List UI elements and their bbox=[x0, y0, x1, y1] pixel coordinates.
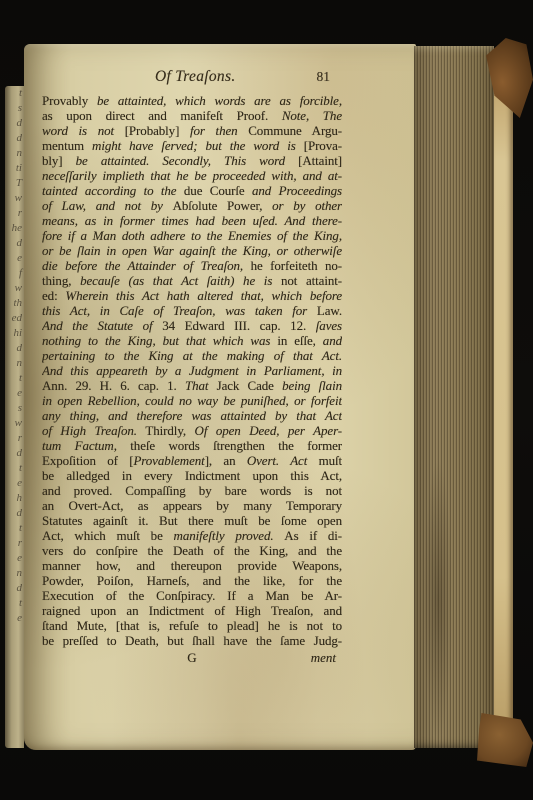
text-segment: in open Rebellion, could no way be puniſ… bbox=[42, 393, 342, 408]
text-segment: bly] bbox=[42, 153, 76, 168]
gutter-glyph: t bbox=[5, 86, 24, 101]
signature-mark: G bbox=[187, 650, 196, 665]
text-line: die before the Attainder of Treaſon, he … bbox=[42, 258, 342, 273]
text-segment: Law. bbox=[317, 303, 342, 318]
text-line: tum Factum, theſe words ſtrengthen the f… bbox=[42, 438, 342, 453]
text-line: and proved. Compaſſing by bare words is … bbox=[42, 483, 342, 498]
text-segment: raigned upon an Indictment of High Treaſ… bbox=[42, 603, 342, 618]
text-line: Provably be attainted, which words are a… bbox=[42, 93, 342, 108]
text-line: thing, becauſe (as that Act ſaith) he is… bbox=[42, 273, 342, 288]
gutter-glyph: T bbox=[5, 176, 24, 191]
gutter-glyph: e bbox=[5, 476, 24, 491]
text-segment: thing, bbox=[42, 273, 80, 288]
text-segment: in eſſe, bbox=[277, 333, 322, 348]
gutter-glyph: ti bbox=[5, 161, 24, 176]
text-segment: Execution of the Conſpiracy. If a Man be… bbox=[42, 588, 342, 603]
text-segment: Ann. 29. H. 6. cap. 1. bbox=[42, 378, 185, 393]
text-line: tainted according to the due Courſe and … bbox=[42, 183, 342, 198]
leather-corner-bottom-icon bbox=[477, 713, 533, 767]
text-line: ſtand Mute, [that is, refuſe to plead] h… bbox=[42, 618, 342, 633]
text-segment: neceſſarily implieth that he be proceede… bbox=[42, 168, 342, 183]
text-segment: be attainted, which words are as forcibl… bbox=[97, 93, 342, 108]
text-segment: be preſſed to Death, but ſhall have the … bbox=[42, 633, 342, 648]
photo-background: tsddntiTwrhedefwthedhidnteswrdtehdtrendt… bbox=[0, 0, 533, 800]
text-line: or be ſlain in open War againſt the King… bbox=[42, 243, 342, 258]
opposite-page-sliver: tsddntiTwrhedefwthedhidnteswrdtehdtrendt… bbox=[5, 86, 24, 748]
text-segment: nothing to the King, but that which was bbox=[42, 333, 277, 348]
gutter-glyph: n bbox=[5, 356, 24, 371]
catchword: ment bbox=[311, 650, 336, 665]
text-segment: fore if a Man doth adhere to the Enemies… bbox=[42, 228, 342, 243]
gutter-glyph: w bbox=[5, 281, 24, 296]
text-line: And this appeareth by a Judgment in Parl… bbox=[42, 363, 342, 378]
text-line: vers do conſpire the Death of the King, … bbox=[42, 543, 342, 558]
text-line: neceſſarily implieth that he be proceede… bbox=[42, 168, 342, 183]
text-segment: an Overt-Act, as appears by many Tempora… bbox=[42, 498, 342, 513]
text-segment: and Proceedings bbox=[252, 183, 342, 198]
text-segment: might have ſerved; but the word is bbox=[92, 138, 304, 153]
gutter-glyph: ed bbox=[5, 311, 24, 326]
text-line: Statutes againſt it. But there muſt be ſ… bbox=[42, 513, 342, 528]
text-segment: becauſe (as that Act ſaith) he is bbox=[80, 273, 281, 288]
gutter-glyph: n bbox=[5, 566, 24, 581]
text-line: of Law, and not by Abſolute Power, or by… bbox=[42, 198, 342, 213]
gutter-glyph: e bbox=[5, 386, 24, 401]
text-segment: And the Statute of bbox=[42, 318, 162, 333]
text-segment: That bbox=[185, 378, 217, 393]
text-segment: mentum bbox=[42, 138, 92, 153]
gutter-glyph: t bbox=[5, 461, 24, 476]
gutter-glyph: e bbox=[5, 251, 24, 266]
text-segment: due Courſe bbox=[184, 183, 252, 198]
gutter-glyph: r bbox=[5, 206, 24, 221]
gutter-glyph: d bbox=[5, 581, 24, 596]
text-line: this Act, in Caſe of Treaſon, was taken … bbox=[42, 303, 342, 318]
text-line: And the Statute of 34 Edward III. cap. 1… bbox=[42, 318, 342, 333]
gutter-glyph: th bbox=[5, 296, 24, 311]
text-segment: And this appeareth by a Judgment in Parl… bbox=[42, 363, 342, 378]
text-line: nothing to the King, but that which was … bbox=[42, 333, 342, 348]
text-line: means, as in former times had been uſed.… bbox=[42, 213, 342, 228]
text-segment: Wherein this Act hath altered that, whic… bbox=[65, 288, 342, 303]
text-line: an Overt-Act, as appears by many Tempora… bbox=[42, 498, 342, 513]
text-segment: manner how, and thereupon provide Weapon… bbox=[42, 558, 342, 573]
text-segment: Powder, Poiſon, Harneſs, and the like, f… bbox=[42, 573, 342, 588]
text-segment: 34 Edward III. cap. 12. bbox=[162, 318, 316, 333]
gutter-glyph: n bbox=[5, 146, 24, 161]
text-line: fore if a Man doth adhere to the Enemies… bbox=[42, 228, 342, 243]
text-segment: or by other bbox=[272, 198, 342, 213]
gutter-glyph: t bbox=[5, 521, 24, 536]
text-line: ed: Wherein this Act hath altered that, … bbox=[42, 288, 342, 303]
gutter-glyph: r bbox=[5, 536, 24, 551]
text-line: be preſſed to Death, but ſhall have the … bbox=[42, 633, 342, 648]
text-line: be alledged in every Indictment upon thi… bbox=[42, 468, 342, 483]
gutter-glyph: e bbox=[5, 611, 24, 626]
text-segment: Commune Argu- bbox=[248, 123, 342, 138]
text-segment: as upon direct and manifeſt Proof. bbox=[42, 108, 282, 123]
text-segment: theſe words ſtrengthen the former bbox=[130, 438, 342, 453]
text-segment: vers do conſpire the Death of the King, … bbox=[42, 543, 342, 558]
text-segment: [Attaint] bbox=[298, 153, 342, 168]
text-segment: Act, which muſt be bbox=[42, 528, 174, 543]
text-line: Ann. 29. H. 6. cap. 1. That Jack Cade be… bbox=[42, 378, 342, 393]
text-segment: ], an bbox=[205, 453, 247, 468]
text-segment: and proved. Compaſſing by bare words is … bbox=[42, 483, 342, 498]
text-line: in open Rebellion, could no way be puniſ… bbox=[42, 393, 342, 408]
text-segment: [Prova- bbox=[304, 138, 342, 153]
text-segment: ſaves bbox=[316, 318, 342, 333]
text-segment: not attaint- bbox=[281, 273, 342, 288]
text-line: pertaining to the King at the making of … bbox=[42, 348, 342, 363]
page-number: 81 bbox=[317, 69, 331, 85]
text-segment: or be ſlain in open War againſt the King… bbox=[42, 243, 342, 258]
text-segment: Overt. Act bbox=[247, 453, 319, 468]
text-segment: Provably bbox=[42, 93, 97, 108]
text-line: as upon direct and manifeſt Proof. Note,… bbox=[42, 108, 342, 123]
text-line: mentum might have ſerved; but the word i… bbox=[42, 138, 342, 153]
text-segment: As if di- bbox=[284, 528, 342, 543]
book-page: Of Treaſons. 81 Provably be attainted, w… bbox=[24, 44, 416, 750]
text-segment: ſtand Mute, [that is, refuſe to plead] h… bbox=[42, 618, 342, 633]
text-segment: tainted according to the bbox=[42, 183, 184, 198]
text-line: bly] be attainted. Secondly, This word [… bbox=[42, 153, 342, 168]
text-segment: Provablement bbox=[133, 453, 204, 468]
text-segment: of Law, and not by bbox=[42, 198, 173, 213]
text-segment: and bbox=[323, 333, 342, 348]
gutter-glyph: t bbox=[5, 596, 24, 611]
text-segment: die before the Attainder of Treaſon, bbox=[42, 258, 251, 273]
text-segment: be alledged in every Indictment upon thi… bbox=[42, 468, 342, 483]
gutter-glyph: f bbox=[5, 266, 24, 281]
text-line: manner how, and thereupon provide Weapon… bbox=[42, 558, 342, 573]
text-segment: Of open Deed, per Aper- bbox=[195, 423, 342, 438]
text-segment: Statutes againſt it. But there muſt be ſ… bbox=[42, 513, 342, 528]
text-segment: word is not bbox=[42, 123, 125, 138]
text-segment: means, as in former times had been uſed.… bbox=[42, 213, 342, 228]
gutter-glyph: d bbox=[5, 131, 24, 146]
text-segment: tum Factum, bbox=[42, 438, 130, 453]
fore-edge-pages bbox=[414, 46, 494, 748]
text-line: raigned upon an Indictment of High Treaſ… bbox=[42, 603, 342, 618]
gutter-glyph: w bbox=[5, 191, 24, 206]
text-segment: muſt bbox=[319, 453, 342, 468]
text-segment: pertaining to the King at the making of … bbox=[42, 348, 342, 363]
text-segment: he forfeiteth no- bbox=[251, 258, 342, 273]
gutter-glyph: r bbox=[5, 431, 24, 446]
text-line: Execution of the Conſpiracy. If a Man be… bbox=[42, 588, 342, 603]
gutter-glyph: d bbox=[5, 506, 24, 521]
gutter-glyph: s bbox=[5, 401, 24, 416]
text-segment: Jack Cade bbox=[217, 378, 282, 393]
text-line: any thing, and therefore was attainted b… bbox=[42, 408, 342, 423]
gutter-glyph: t bbox=[5, 371, 24, 386]
text-segment: being ſlain bbox=[282, 378, 342, 393]
signature-line: G ment bbox=[42, 650, 342, 665]
text-segment: manifeſtly proved. bbox=[174, 528, 285, 543]
cover-board-edge bbox=[494, 58, 513, 750]
gutter-glyph: d bbox=[5, 236, 24, 251]
text-line: Powder, Poiſon, Harneſs, and the like, f… bbox=[42, 573, 342, 588]
text-segment: Thirdly, bbox=[145, 423, 194, 438]
text-segment: Abſolute Power, bbox=[173, 198, 273, 213]
body-text: Provably be attainted, which words are a… bbox=[42, 93, 342, 648]
text-segment: any thing, and therefore was attainted b… bbox=[42, 408, 342, 423]
text-line: Expoſition of [Provablement], an Overt. … bbox=[42, 453, 342, 468]
running-title: Of Treaſons. bbox=[155, 68, 236, 86]
gutter-glyph: h bbox=[5, 491, 24, 506]
text-segment: of High Treaſon. bbox=[42, 423, 145, 438]
gutter-glyph: e bbox=[5, 551, 24, 566]
text-line: word is not [Probably] for then Commune … bbox=[42, 123, 342, 138]
text-segment: Note, The bbox=[282, 108, 342, 123]
text-segment: be attainted. Secondly, This word bbox=[76, 153, 298, 168]
text-line: of High Treaſon. Thirdly, Of open Deed, … bbox=[42, 423, 342, 438]
gutter-glyph: he bbox=[5, 221, 24, 236]
gutter-glyph: d bbox=[5, 341, 24, 356]
text-line: Act, which muſt be manifeſtly proved. As… bbox=[42, 528, 342, 543]
gutter-glyph: s bbox=[5, 101, 24, 116]
gutter-glyph: hi bbox=[5, 326, 24, 341]
gutter-glyph: d bbox=[5, 446, 24, 461]
text-segment: this Act, in Caſe of Treaſon, was taken … bbox=[42, 303, 317, 318]
gutter-glyph: w bbox=[5, 416, 24, 431]
text-segment: [Probably] bbox=[125, 123, 190, 138]
text-segment: ed: bbox=[42, 288, 65, 303]
gutter-glyph: d bbox=[5, 116, 24, 131]
page-header: Of Treaſons. 81 bbox=[42, 68, 342, 86]
text-segment: Expoſition of [ bbox=[42, 453, 133, 468]
text-segment: for then bbox=[190, 123, 248, 138]
